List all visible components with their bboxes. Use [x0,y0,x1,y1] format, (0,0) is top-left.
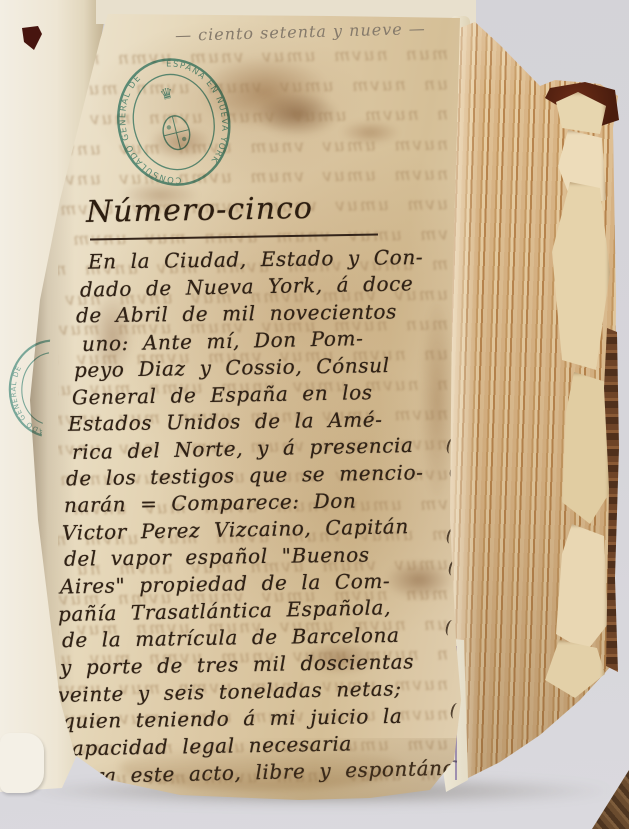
entry-title: Número-cinco [86,189,417,230]
loose-paper-bottom-left [0,733,44,793]
page-curl-shading [120,745,400,790]
stamp-crown-icon: ♛ [158,84,175,105]
manuscript-page: mun nuvm umuv vnum uvmn muv unvm nun nuv… [30,8,470,808]
pencil-page-number: — ciento setenta y nueve — [175,18,455,45]
manuscript-text: En la Ciudad, Estado y Con-dado de Nueva… [46,246,460,786]
bleed-through-line: vm umuv vnum uvmn muv unvm n [106,760,448,795]
manuscript-line: capacidad legal necesaria [60,729,460,763]
photograph-of-register-book: mun nuvm umuv vnum uvmn muv unvm nun nuv… [0,0,629,829]
